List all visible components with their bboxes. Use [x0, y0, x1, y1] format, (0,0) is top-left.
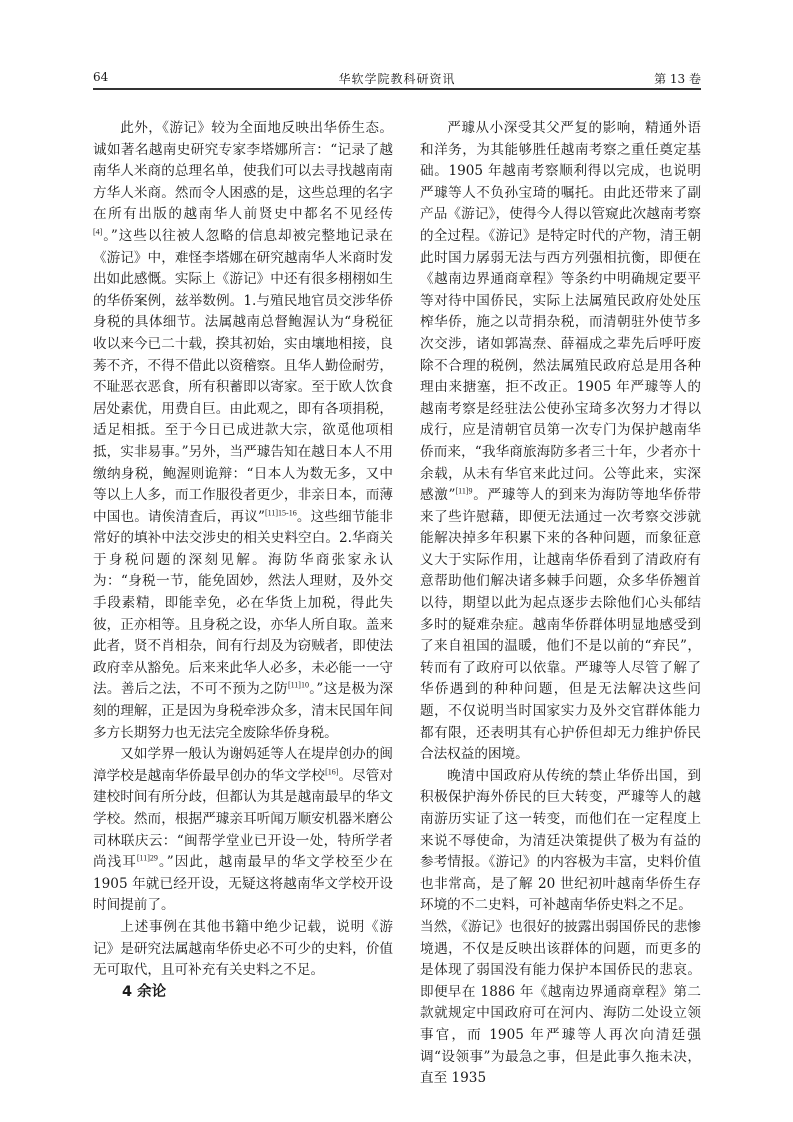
left-column: 此外，《游记》较为全面地反映出华侨生态。诚如著名越南史研究专家李塔娜所言：“记录… — [93, 118, 393, 1003]
citation-ref: [11]29 — [137, 854, 158, 863]
citation-ref: [4] — [93, 227, 102, 236]
paragraph: 当然，《游记》也很好的披露出弱国侨民的悲惨境遇，不仅是反映出该群体的问题，而更多… — [420, 917, 701, 1090]
paragraph: 严璩从小深受其父严复的影响，精通外语和洋务，为其能够胜任越南考察之重任奠定基础。… — [420, 118, 701, 766]
volume-label: 第 13 卷 — [654, 70, 701, 87]
citation-ref: [16] — [325, 767, 338, 776]
running-header: 64 华软学院教科研资讯 第 13 卷 — [93, 66, 701, 90]
journal-title: 华软学院教科研资讯 — [93, 70, 701, 87]
paragraph: 此外，《游记》较为全面地反映出华侨生态。诚如著名越南史研究专家李塔娜所言：“记录… — [93, 118, 393, 744]
citation-ref: [11]10 — [288, 681, 309, 690]
section-heading: 4 余论 — [93, 982, 393, 1004]
right-column: 严璩从小深受其父严复的影响，精通外语和洋务，为其能够胜任越南考察之重任奠定基础。… — [420, 118, 701, 1090]
paragraph: 又如学界一般认为谢妈延等人在堤岸创办的闽漳学校是越南华侨最早创办的华文学校[16… — [93, 744, 393, 917]
paragraph: 晚清中国政府从传统的禁止华侨出国，到积极保护海外侨民的巨大转变，严璩等人的越南游… — [420, 766, 701, 917]
citation-ref: [11]9 — [456, 487, 473, 496]
paragraph: 上述事例在其他书籍中绝少记载，说明《游记》是研究法属越南华侨史必不可少的史料，价… — [93, 917, 393, 982]
citation-ref: [11]15-16 — [265, 508, 297, 517]
